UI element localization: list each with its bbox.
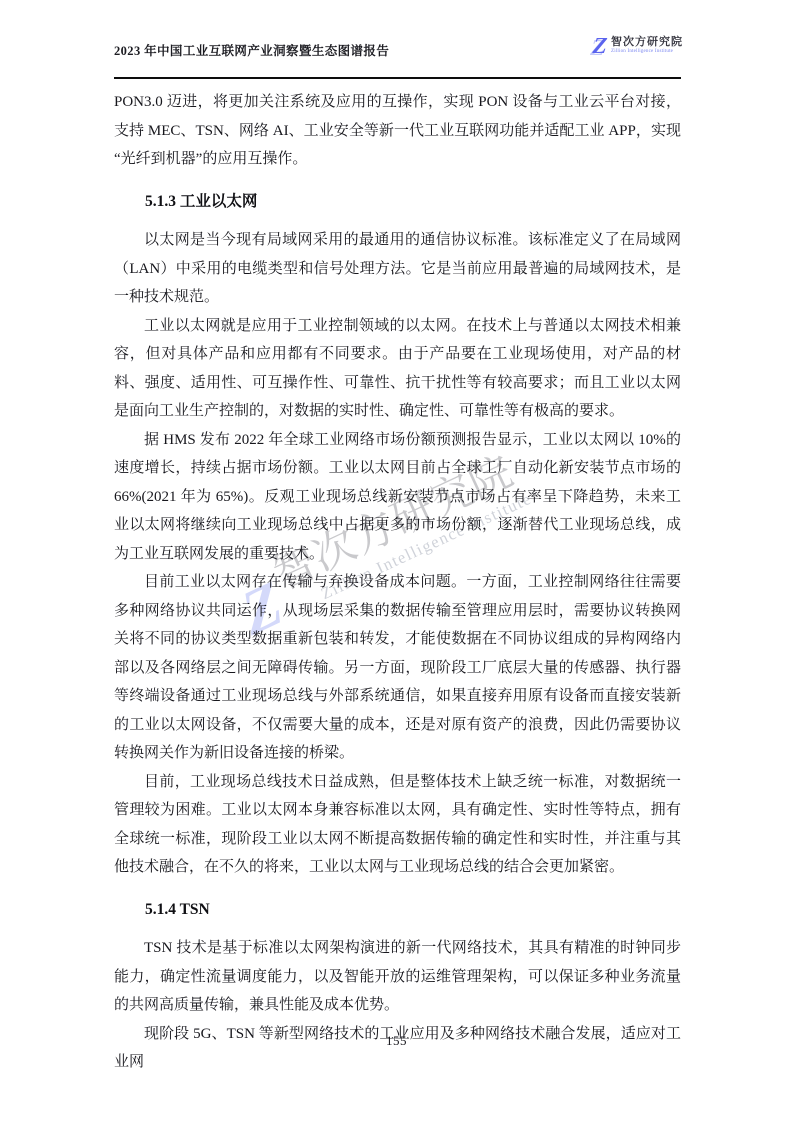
page-number: 155 (386, 1033, 407, 1048)
report-title: 2023 年中国工业互联网产业洞察暨生态图谱报告 (114, 34, 389, 59)
paragraph-continuation: PON3.0 迈进，将更加关注系统及应用的互操作，实现 PON 设备与工业云平台… (114, 88, 681, 174)
brand-subtitle: Zillion Intelligence Institute (611, 48, 683, 55)
report-page: Z 智次方研究院 Zillion Intelligence Institute … (0, 0, 793, 1122)
section-heading-5-1-4: 5.1.4 TSN (114, 896, 681, 925)
page-header: 2023 年中国工业互联网产业洞察暨生态图谱报告 Z 智次方研究院 Zillio… (114, 34, 683, 59)
paragraph: TSN 技术是基于标准以太网架构演进的新一代网络技术，其具有精准的时钟同步能力，… (114, 934, 681, 1020)
paragraph: 目前工业以太网存在传输与弃换设备成本问题。一方面，工业控制网络往往需要多种网络协… (114, 568, 681, 768)
z-brush-icon: Z (592, 34, 608, 57)
document-body: PON3.0 迈进，将更加关注系统及应用的互操作，实现 PON 设备与工业云平台… (114, 88, 681, 1077)
paragraph: 以太网是当今现有局域网采用的最通用的通信协议标准。该标准定义了在局域网（LAN）… (114, 226, 681, 312)
paragraph: 据 HMS 发布 2022 年全球工业网络市场份额预测报告显示，工业以太网以 1… (114, 426, 681, 569)
brand-logo: Z 智次方研究院 Zillion Intelligence Institute (593, 34, 683, 57)
page-footer: 155 (0, 1032, 793, 1050)
paragraph: 目前，工业现场总线技术日益成熟，但是整体技术上缺乏统一标准，对数据统一管理较为困… (114, 768, 681, 882)
paragraph: 工业以太网就是应用于工业控制领域的以太网。在技术上与普通以太网技术相兼容，但对具… (114, 312, 681, 426)
section-heading-5-1-3: 5.1.3 工业以太网 (114, 188, 681, 217)
header-divider (114, 77, 681, 79)
brand-name: 智次方研究院 (611, 36, 683, 48)
